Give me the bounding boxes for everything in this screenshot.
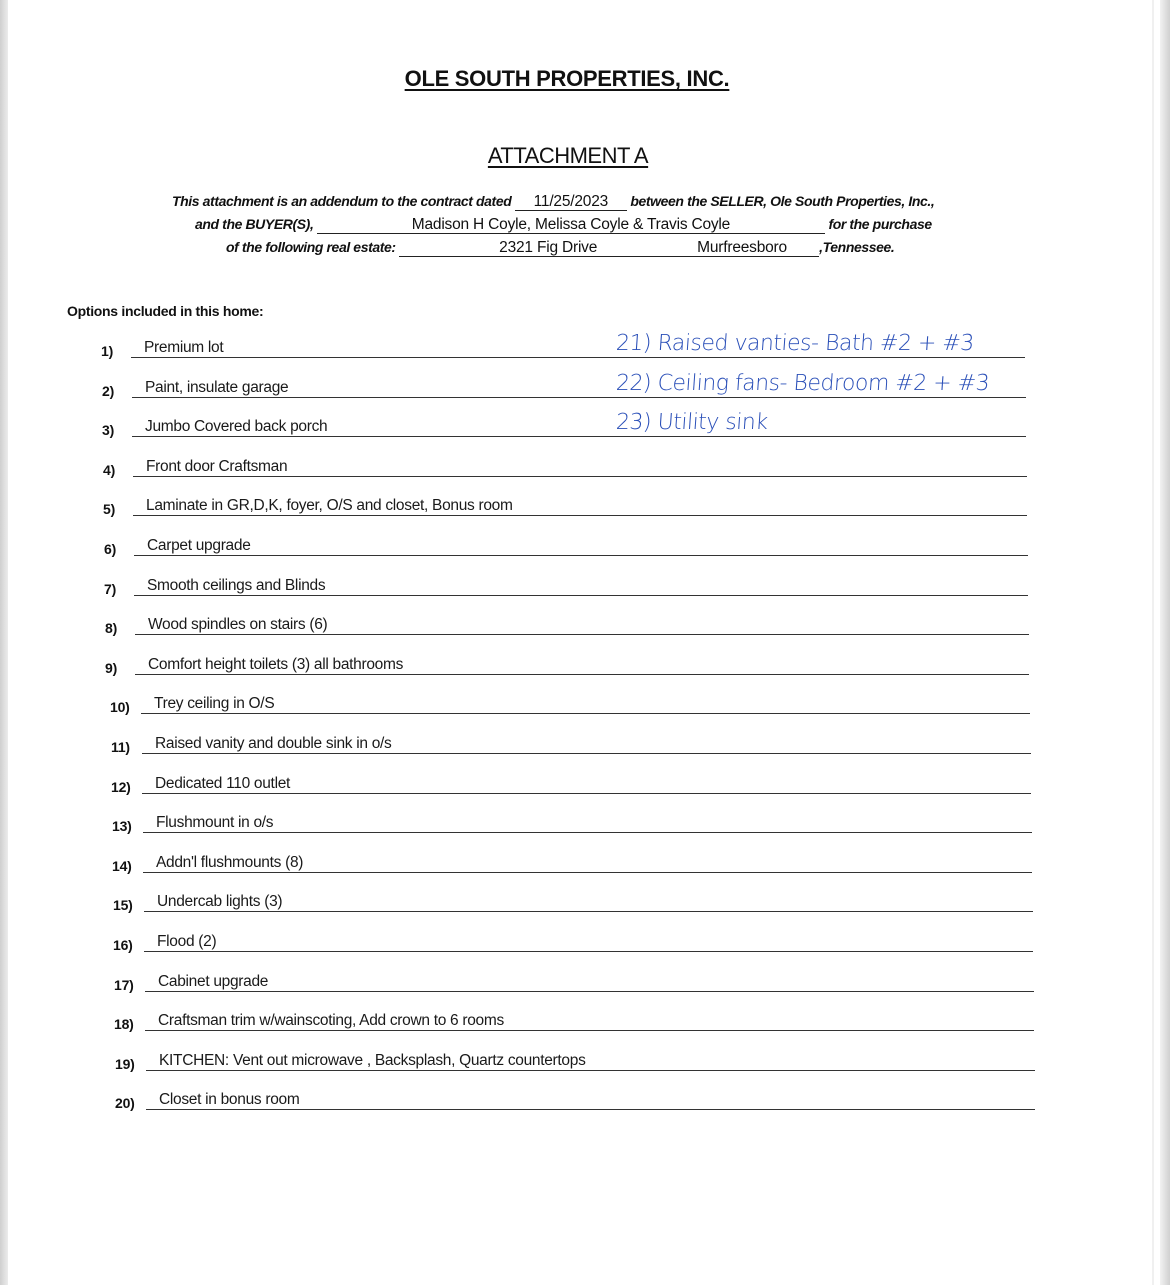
option-text: Closet in bonus room (159, 1091, 299, 1109)
option-number: 8) (105, 620, 117, 636)
option-underline (143, 872, 1032, 873)
option-underline (132, 436, 1026, 437)
option-underline (143, 832, 1032, 833)
option-text: Comfort height toilets (3) all bathrooms (148, 656, 403, 674)
option-text: Smooth ceilings and Blinds (147, 577, 325, 595)
option-row: 13)Flushmount in o/s (0, 814, 1170, 836)
option-underline (146, 1109, 1035, 1110)
option-row: 14)Addn'l flushmounts (8) (0, 854, 1170, 876)
option-underline (144, 911, 1033, 912)
option-underline (142, 753, 1031, 754)
option-underline (134, 595, 1028, 596)
city-value: Murfreesboro (697, 239, 787, 256)
option-underline (142, 793, 1031, 794)
option-row: 12)Dedicated 110 outlet (0, 775, 1170, 797)
company-heading: OLE SOUTH PROPERTIES, INC. (0, 66, 1134, 92)
option-underline (132, 397, 1026, 398)
option-row: 3)Jumbo Covered back porch (0, 418, 1170, 440)
handwritten-option: 23) Utility sink (615, 410, 768, 435)
option-text: Laminate in GR,D,K, foyer, O/S and close… (146, 497, 513, 515)
option-row: 6)Carpet upgrade (0, 537, 1170, 559)
option-row: 2)Paint, insulate garage (0, 379, 1170, 401)
option-number: 17) (114, 977, 134, 993)
option-number: 6) (104, 541, 116, 557)
option-row: 10)Trey ceiling in O/S (0, 695, 1170, 717)
option-row: 18)Craftsman trim w/wainscoting, Add cro… (0, 1012, 1170, 1034)
option-underline (135, 674, 1029, 675)
options-title: Options included in this home: (67, 303, 263, 319)
option-text: Undercab lights (3) (157, 893, 282, 911)
option-text: Dedicated 110 outlet (155, 775, 290, 793)
option-row: 19)KITCHEN: Vent out microwave , Backspl… (0, 1052, 1170, 1074)
option-text: Trey ceiling in O/S (154, 695, 274, 713)
option-number: 18) (114, 1016, 134, 1032)
option-underline (133, 476, 1027, 477)
intro-line1-suffix: between the SELLER, Ole South Properties… (630, 193, 934, 209)
option-number: 15) (113, 897, 133, 913)
intro-line1-prefix: This attachment is an addendum to the co… (172, 193, 511, 209)
option-number: 1) (101, 343, 113, 359)
option-text: Addn'l flushmounts (8) (156, 854, 303, 872)
option-underline (135, 634, 1029, 635)
option-number: 20) (115, 1095, 135, 1111)
option-number: 4) (103, 462, 115, 478)
option-row: 7)Smooth ceilings and Blinds (0, 577, 1170, 599)
handwritten-option: 22) Ceiling fans- Bedroom #2 + #3 (615, 371, 990, 396)
option-text: Front door Craftsman (146, 458, 287, 476)
attachment-title: ATTACHMENT A (0, 143, 1136, 169)
intro-line3-prefix: of the following real estate: (226, 239, 396, 255)
attachment-title-text: ATTACHMENT A (488, 143, 648, 168)
option-number: 3) (102, 422, 114, 438)
option-row: 20)Closet in bonus room (0, 1091, 1170, 1113)
buyers-field: Madison H Coyle, Melissa Coyle & Travis … (317, 216, 825, 234)
option-number: 7) (104, 581, 116, 597)
option-underline (131, 357, 1025, 358)
option-number: 19) (115, 1056, 135, 1072)
option-number: 16) (113, 937, 133, 953)
option-number: 11) (111, 739, 130, 755)
option-row: 17)Cabinet upgrade (0, 973, 1170, 995)
option-text: Craftsman trim w/wainscoting, Add crown … (158, 1012, 504, 1030)
option-text: Paint, insulate garage (145, 379, 288, 397)
option-row: 4)Front door Craftsman (0, 458, 1170, 480)
contract-date-field: 11/25/2023 (515, 193, 627, 211)
option-number: 10) (110, 699, 130, 715)
intro-line-1: This attachment is an addendum to the co… (172, 193, 934, 211)
option-text: KITCHEN: Vent out microwave , Backsplash… (159, 1052, 586, 1070)
option-text: Raised vanity and double sink in o/s (155, 735, 392, 753)
handwritten-option: 21) Raised vanties- Bath #2 + #3 (615, 331, 975, 356)
option-text: Flood (2) (157, 933, 216, 951)
state-suffix: ,Tennessee. (819, 239, 894, 255)
intro-line-3: of the following real estate: 2321 Fig D… (226, 239, 894, 257)
option-row: 5)Laminate in GR,D,K, foyer, O/S and clo… (0, 497, 1170, 519)
intro-line-2: and the BUYER(S), Madison H Coyle, Melis… (195, 216, 932, 234)
option-row: 1)Premium lot (0, 339, 1170, 361)
option-underline (146, 1070, 1035, 1071)
option-row: 16)Flood (2) (0, 933, 1170, 955)
option-underline (133, 515, 1027, 516)
option-underline (134, 555, 1028, 556)
option-number: 2) (102, 383, 114, 399)
option-number: 13) (112, 818, 132, 834)
option-row: 9)Comfort height toilets (3) all bathroo… (0, 656, 1170, 678)
option-text: Cabinet upgrade (158, 973, 268, 991)
option-text: Carpet upgrade (147, 537, 251, 555)
option-number: 12) (111, 779, 131, 795)
option-number: 14) (112, 858, 132, 874)
address-field: 2321 Fig DriveMurfreesboro (399, 239, 819, 257)
option-number: 9) (105, 660, 117, 676)
option-underline (141, 713, 1030, 714)
option-underline (145, 1030, 1034, 1031)
option-text: Jumbo Covered back porch (145, 418, 327, 436)
intro-line2-prefix: and the BUYER(S), (195, 216, 313, 232)
intro-line2-suffix: for the purchase (828, 216, 931, 232)
option-text: Premium lot (144, 339, 223, 357)
company-name: OLE SOUTH PROPERTIES, INC. (405, 66, 730, 91)
option-underline (144, 951, 1033, 952)
option-text: Flushmount in o/s (156, 814, 273, 832)
option-row: 11)Raised vanity and double sink in o/s (0, 735, 1170, 757)
option-text: Wood spindles on stairs (6) (148, 616, 327, 634)
option-number: 5) (103, 501, 115, 517)
option-row: 8)Wood spindles on stairs (6) (0, 616, 1170, 638)
address-value: 2321 Fig Drive (499, 239, 597, 256)
option-row: 15)Undercab lights (3) (0, 893, 1170, 915)
option-underline (145, 991, 1034, 992)
